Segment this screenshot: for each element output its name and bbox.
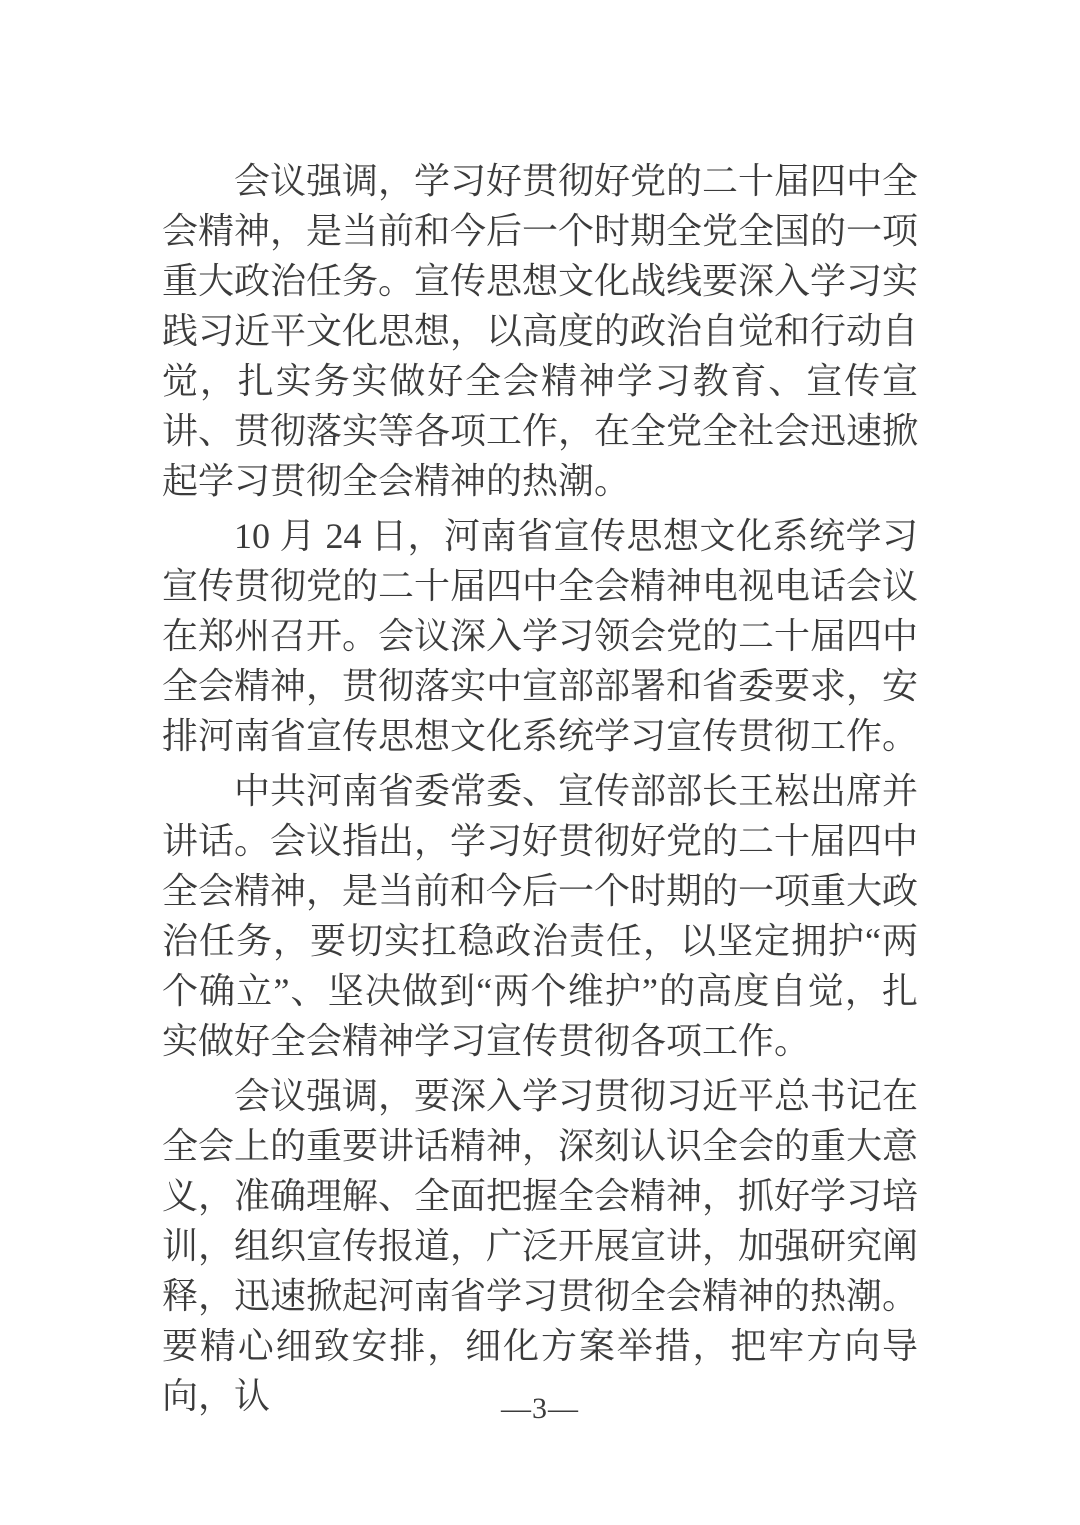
document-page: 会议强调，学习好贯彻好党的二十届四中全会精神，是当前和今后一个时期全党全国的一项…: [0, 0, 1080, 1525]
body-paragraph: 会议强调，要深入学习贯彻习近平总书记在全会上的重要讲话精神，深刻认识全会的重大意…: [162, 1071, 918, 1421]
body-paragraph: 中共河南省委常委、宣传部部长王崧出席并讲话。会议指出，学习好贯彻好党的二十届四中…: [162, 766, 918, 1066]
document-body: 会议强调，学习好贯彻好党的二十届四中全会精神，是当前和今后一个时期全党全国的一项…: [162, 156, 918, 1426]
body-paragraph: 10 月 24 日，河南省宣传思想文化系统学习宣传贯彻党的二十届四中全会精神电视…: [162, 511, 918, 761]
page-number: —3—: [501, 1392, 579, 1425]
body-paragraph: 会议强调，学习好贯彻好党的二十届四中全会精神，是当前和今后一个时期全党全国的一项…: [162, 156, 918, 506]
page-footer: —3—: [0, 1386, 1080, 1432]
